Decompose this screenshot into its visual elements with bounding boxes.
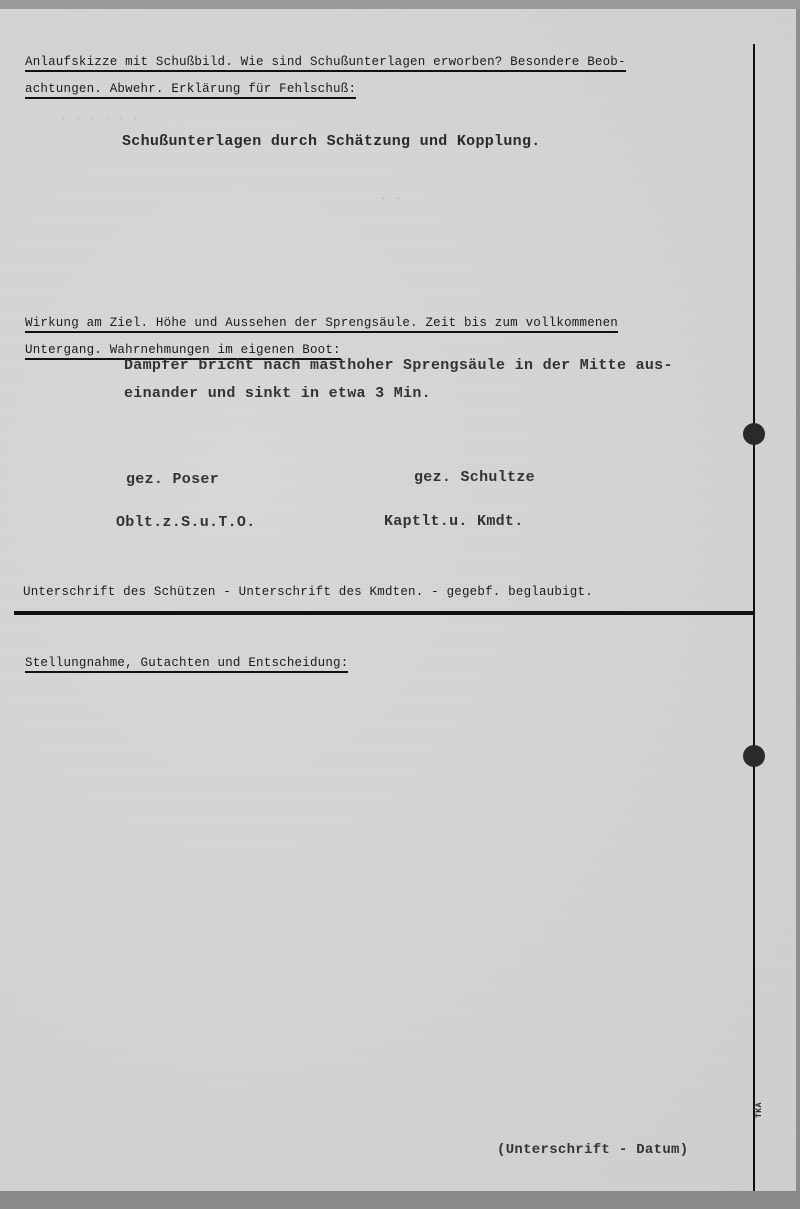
right-margin-rule [753, 44, 755, 1191]
section-divider-rule [14, 611, 755, 615]
document-page: . . . . . . . . [0, 9, 796, 1191]
section1-heading-line1: Anlaufskizze mit Schußbild. Wie sind Sch… [25, 55, 626, 69]
signature-caption: Unterschrift des Schützen - Unterschrift… [23, 585, 593, 599]
scan-bottom-edge [0, 1191, 800, 1209]
shooter-rank: Oblt.z.S.u.T.O. [116, 514, 256, 531]
commander-rank: Kaptlt.u. Kmdt. [384, 513, 524, 530]
section1-entry: Schußunterlagen durch Schätzung und Kopp… [122, 133, 541, 150]
punch-hole-icon [743, 745, 765, 767]
shooter-signature: gez. Poser [126, 471, 219, 488]
section3-heading: Stellungnahme, Gutachten und Entscheidun… [25, 656, 348, 670]
bleed-through-text: . . . . . . [60, 109, 139, 123]
section1-heading-line2: achtungen. Abwehr. Erklärung für Fehlsch… [25, 82, 356, 96]
commander-signature: gez. Schultze [414, 469, 535, 486]
archive-stamp: TKA [755, 1102, 764, 1118]
section2-entry-line2: einander und sinkt in etwa 3 Min. [124, 385, 431, 402]
scan-top-edge [0, 0, 800, 9]
punch-hole-icon [743, 423, 765, 445]
signature-date-caption: (Unterschrift - Datum) [497, 1142, 688, 1158]
section2-heading-line1: Wirkung am Ziel. Höhe und Aussehen der S… [25, 316, 618, 330]
section2-entry-line1: Dampfer bricht nach masthoher Sprengsäul… [124, 357, 673, 374]
section2-heading-line2: Untergang. Wahrnehmungen im eigenen Boot… [25, 343, 341, 357]
bleed-through-text: . . [380, 189, 402, 203]
